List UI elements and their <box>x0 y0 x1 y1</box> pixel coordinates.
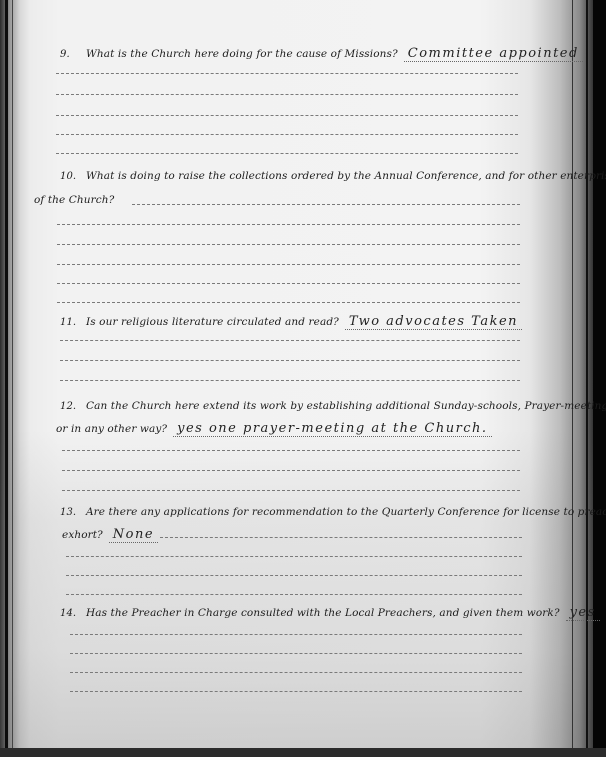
question-text: What is the Church here doing for the ca… <box>86 48 398 60</box>
question-text: exhort? <box>62 529 103 541</box>
question-11: 11.Is our religious literature circulate… <box>60 314 530 329</box>
book-cover-edge <box>593 0 606 757</box>
answer-line <box>70 672 522 673</box>
book-spine-shadow <box>5 0 8 757</box>
question-10: 10.What is doing to raise the collection… <box>60 170 530 182</box>
page-bottom-edge <box>0 748 606 757</box>
question-14: 14.Has the Preacher in Charge consulted … <box>60 605 530 620</box>
answer-line <box>56 73 518 74</box>
answer-line <box>132 204 520 205</box>
answer-line <box>57 302 520 303</box>
answer-line <box>60 340 520 341</box>
question-text: or in any other way? <box>56 423 167 435</box>
answer-line <box>66 594 522 595</box>
answer-line <box>60 360 520 361</box>
answer-line <box>160 537 522 538</box>
question-13: 13.Are there any applications for recomm… <box>60 506 530 518</box>
question-text: Are there any applications for recommend… <box>86 506 606 518</box>
book-spine-line <box>12 0 13 757</box>
question-number: 14. <box>60 608 86 619</box>
handwritten-answer: Committee appointed <box>404 46 583 62</box>
page-edge-line <box>572 0 573 757</box>
answer-line <box>62 490 520 491</box>
answer-line <box>70 691 522 692</box>
question-text: Is our religious literature circulated a… <box>86 316 339 328</box>
question-number: 9. <box>60 49 86 60</box>
answer-line <box>56 94 518 95</box>
question-text: Can the Church here extend its work by e… <box>86 400 606 412</box>
answer-line <box>56 134 518 135</box>
question-text: of the Church? <box>34 194 114 206</box>
answer-line <box>70 634 522 635</box>
handwritten-answer: yes one prayer-meeting at the Church. <box>173 421 491 437</box>
handwritten-answer: None <box>109 527 158 543</box>
answer-line <box>56 153 518 154</box>
answer-line <box>56 115 518 116</box>
answer-line <box>60 380 520 381</box>
question-9: 9.What is the Church here doing for the … <box>60 46 530 61</box>
question-text: What is doing to raise the collections o… <box>86 170 606 182</box>
handwritten-answer: yes <box>566 605 600 621</box>
question-text: Has the Preacher in Charge consulted wit… <box>86 607 560 619</box>
answer-line <box>57 264 520 265</box>
answer-line <box>57 224 520 225</box>
question-number: 10. <box>60 171 86 182</box>
question-number: 11. <box>60 317 86 328</box>
question-12-line2: or in any other way?yes one prayer-meeti… <box>56 421 526 436</box>
question-number: 12. <box>60 401 86 412</box>
question-13-line2: exhort?None <box>62 527 532 542</box>
question-12: 12.Can the Church here extend its work b… <box>60 400 530 412</box>
question-number: 13. <box>60 507 86 518</box>
answer-line <box>66 556 522 557</box>
answer-line <box>70 653 522 654</box>
answer-line <box>57 244 520 245</box>
answer-line <box>62 470 520 471</box>
answer-line <box>66 575 522 576</box>
scanned-page: 9.What is the Church here doing for the … <box>0 0 606 757</box>
page-edge-line <box>586 0 588 757</box>
answer-line <box>57 283 520 284</box>
handwritten-answer: Two advocates Taken <box>345 314 522 330</box>
answer-line <box>62 450 520 451</box>
